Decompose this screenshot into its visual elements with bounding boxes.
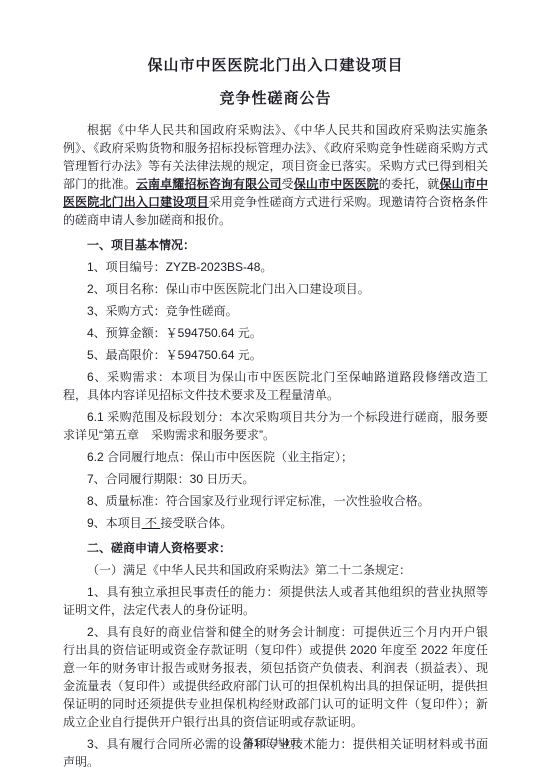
list-item-paragraph: 6.2 合同履行地点：保山市中医医院（业主指定）； [63,448,488,466]
list-item-paragraph: 9、本项目 不 接受联合体。 [63,514,488,532]
emphasized-text-run: 保山市中医医院 [294,177,379,191]
list-item-paragraph: 7、合同履行期限：30 日历天。 [63,470,488,488]
section-heading-applicant-qualifications: 二、磋商申请人资格要求： [63,539,488,557]
text-run: 的委托，就 [379,177,440,191]
list-item-paragraph: 8、质量标准：符合国家及行业现行评定标准，一次性验收合格。 [63,492,488,510]
text-run: 受 [282,177,294,191]
list-item-paragraph: 4、预算金额：￥594750.64 元。 [63,324,488,342]
list-item-paragraph: 1、项目编号：ZYZB-2023BS-48。 [63,258,488,276]
section-heading-project-basics: 一、项目基本情况： [63,236,488,254]
text-run: 接受联合体。 [160,516,232,530]
page-number-indicator: 第1页,共4页 [0,735,543,750]
section-project-basics-items: 1、项目编号：ZYZB-2023BS-48。2、项目名称：保山市中医医院北门出入… [63,258,488,532]
list-item-paragraph: 6.1 采购范围及标段划分：本次采购项目共分为一个标段进行磋商，服务要求详见“第… [63,408,488,444]
document-content: 保山市中医医院北门出入口建设项目 竞争性磋商公告 根据《中华人民共和国政府采购法… [0,0,543,767]
intro-paragraph: 根据《中华人民共和国政府采购法》、《中华人民共和国政府采购法实施条例》、《政府采… [63,121,488,229]
list-item-paragraph: （一）满足《中华人民共和国政府采购法》第二十二条规定： [63,561,488,579]
list-item-paragraph: 5、最高限价：￥594750.64 元。 [63,346,488,364]
emphasized-text-run: 不 [142,516,161,530]
emphasized-text-run: 云南卓耀招标咨询有限公司 [136,177,282,191]
text-run: 9、本项目 [87,516,142,530]
document-page: 保山市中医医院北门出入口建设项目 竞争性磋商公告 根据《中华人民共和国政府采购法… [0,0,543,767]
list-item-paragraph: 6、采购需求：本项目为保山市中医医院北门至保岫路道路段修缮改造工程，具体内容详见… [63,368,488,404]
list-item-paragraph: 2、具有良好的商业信誉和健全的财务会计制度：可提供近三个月内开户银行出具的资信证… [63,623,488,731]
list-item-paragraph: 1、具有独立承担民事责任的能力：须提供法人或者其他组织的营业执照等证明文件，法定… [63,583,488,619]
list-item-paragraph: 3、采购方式：竞争性磋商。 [63,302,488,320]
document-title-notice-type: 竞争性磋商公告 [63,89,488,109]
list-item-paragraph: 2、项目名称：保山市中医医院北门出入口建设项目。 [63,280,488,298]
document-title-project: 保山市中医医院北门出入口建设项目 [63,56,488,76]
